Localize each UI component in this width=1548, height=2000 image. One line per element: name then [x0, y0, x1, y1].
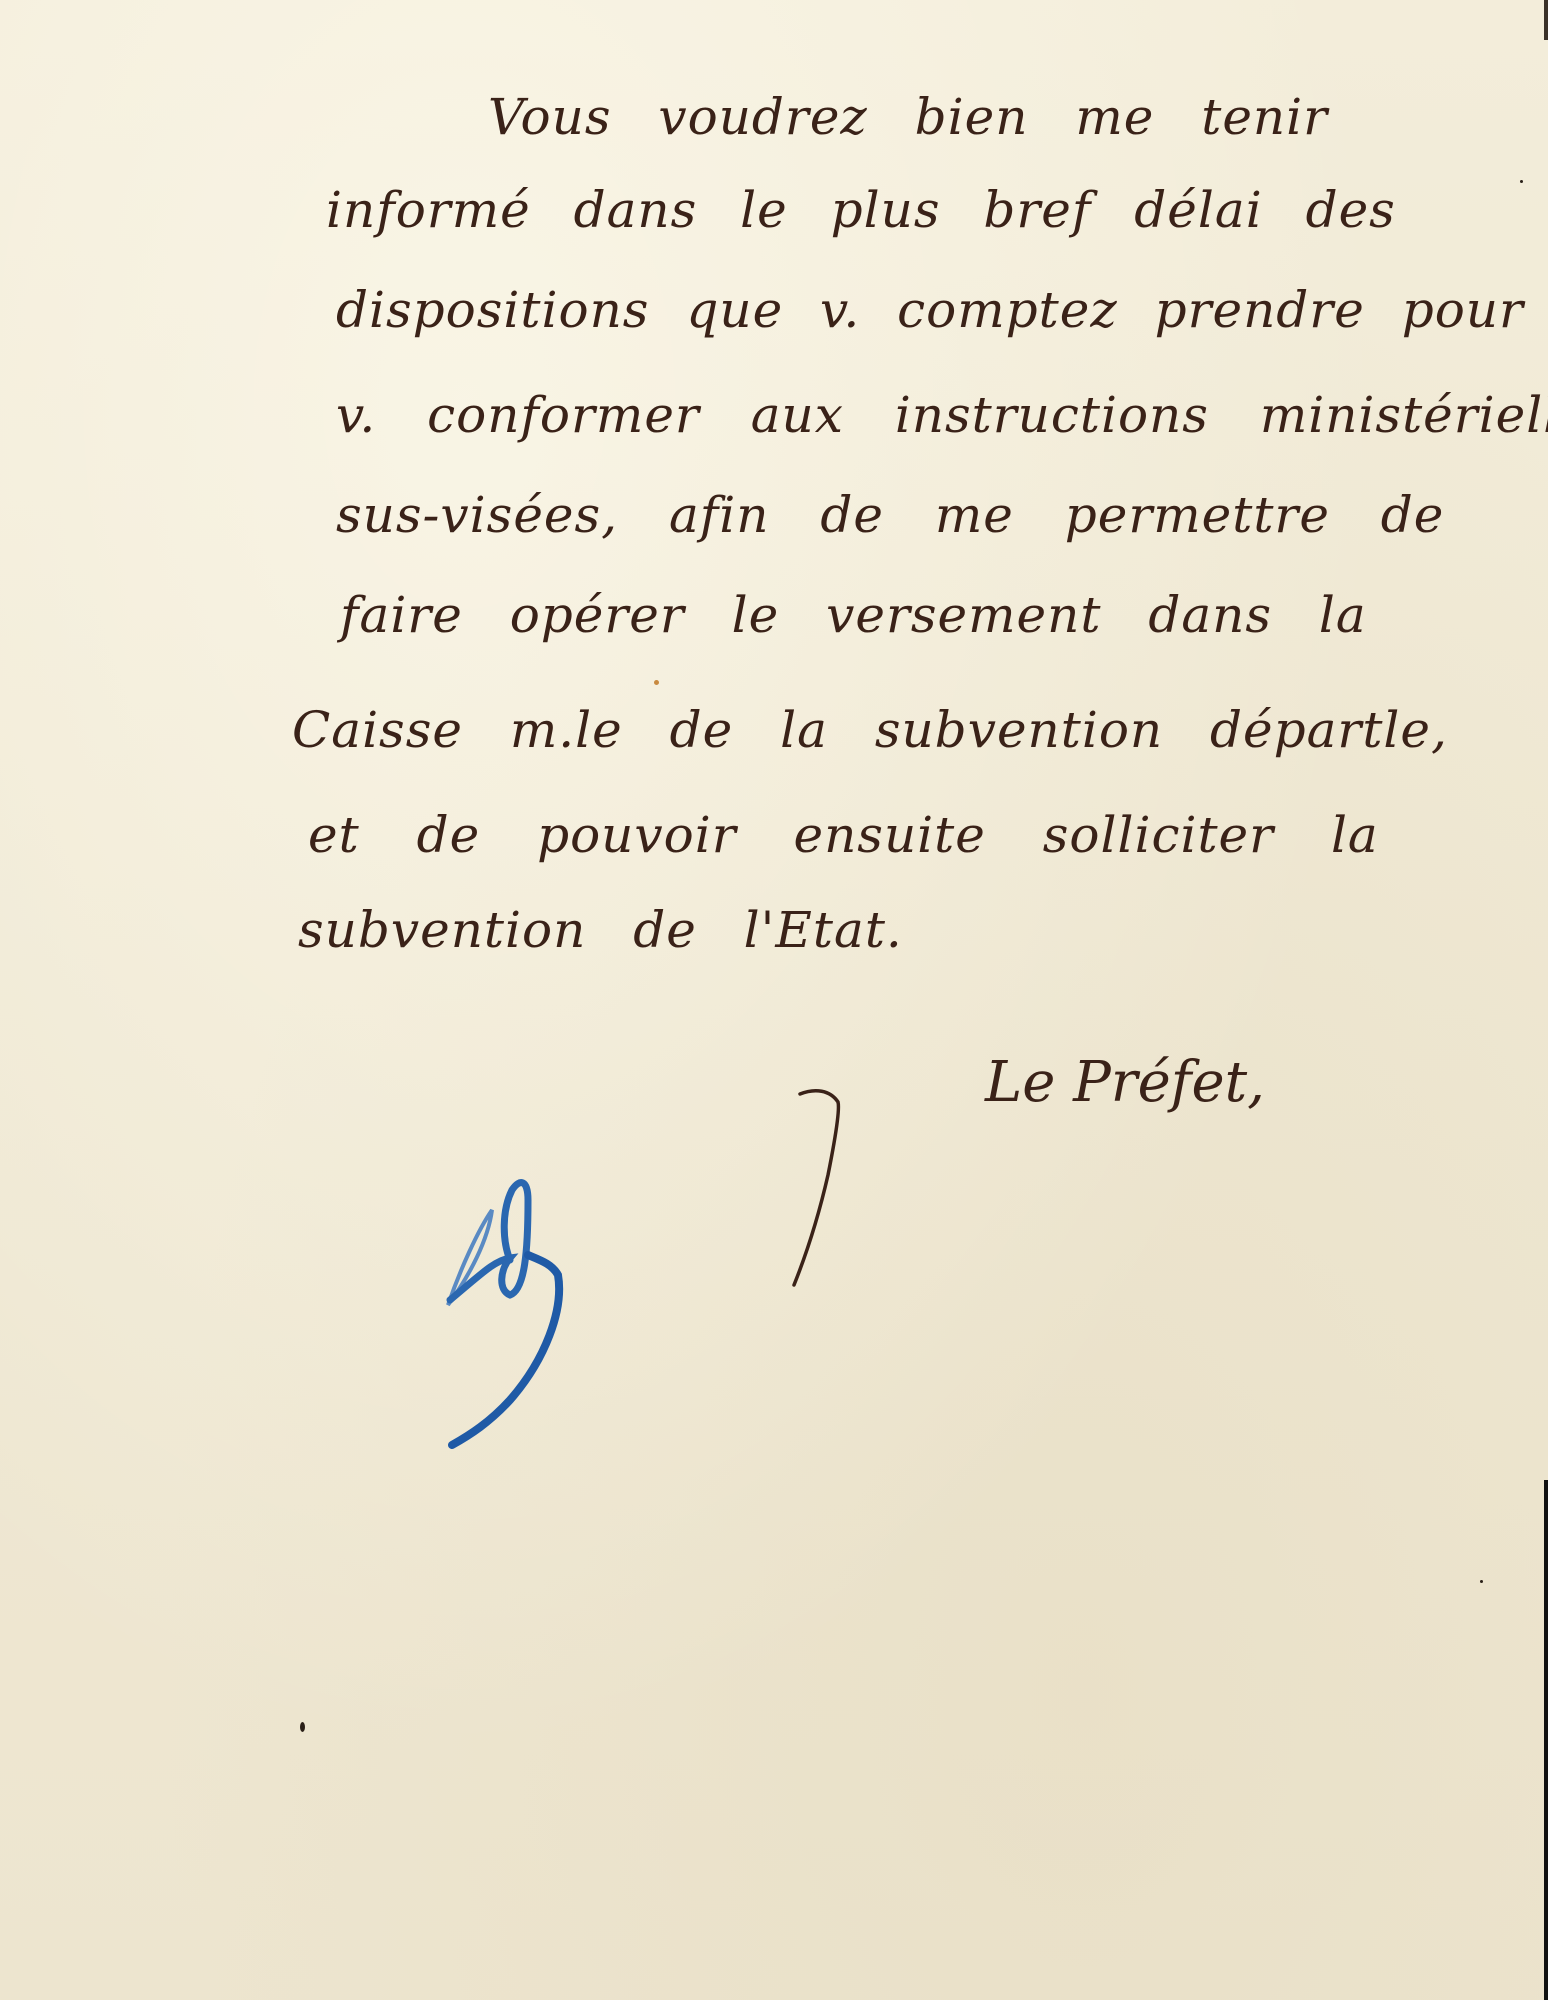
closing-signature: Le Préfet, [985, 1050, 1265, 1115]
letter-line-8: et de pouvoir ensuite solliciter la [308, 810, 1379, 860]
letter-line-3: dispositions que v. comptez prendre pour [336, 285, 1524, 335]
letter-line-6: faire opérer le versement dans la [340, 590, 1367, 640]
page-edge-top-right [1544, 0, 1548, 40]
letter-line-1: Vous voudrez bien me tenir [488, 92, 1328, 142]
blue-pencil-initials-icon [440, 1160, 610, 1460]
paper-speck [1480, 1580, 1483, 1583]
letter-line-9: subvention de l'Etat. [298, 905, 903, 955]
letter-line-4: v. conformer aux instructions ministérie… [336, 390, 1548, 440]
letter-line-7: Caisse m.le de la subvention départle, [292, 705, 1448, 755]
paper-speck [300, 1722, 305, 1732]
paper-speck [1520, 180, 1523, 183]
paper-speck [654, 680, 659, 685]
page-edge-right [1544, 1480, 1548, 2000]
signature-flourish-icon [780, 1080, 900, 1300]
letter-line-5: sus-visées, afin de me permettre de [336, 490, 1444, 540]
letter-line-2: informé dans le plus bref délai des [326, 185, 1396, 235]
